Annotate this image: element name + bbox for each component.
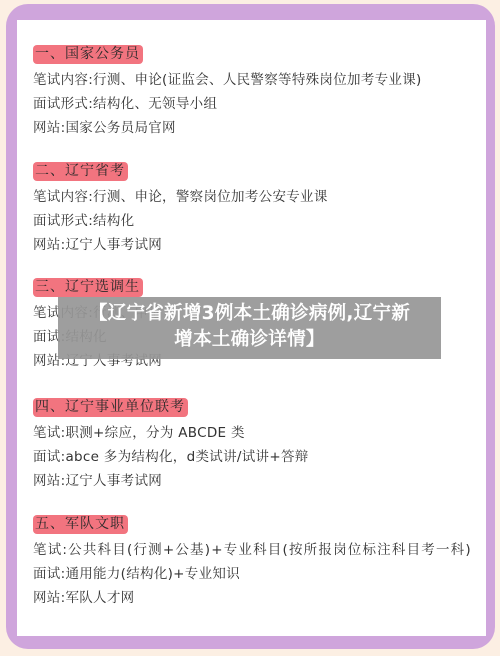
interview-line: 面试形式:结构化 — [33, 209, 478, 233]
section-national-civil-servant: 一、国家公务员 笔试内容:行测、申论(证监会、人民警察等特殊岗位加考专业课) 面… — [33, 43, 478, 140]
overlay-title-line-2: 增本土确诊详情】 — [58, 327, 441, 353]
overlay-title-line-1: 【辽宁省新增3例本土确诊病例,辽宁新 — [58, 301, 441, 327]
section-heading: 五、军队文职 — [33, 515, 128, 534]
website-line: 网站:国家公务员局官网 — [33, 116, 478, 140]
written-exam-line: 笔试:公共科目(行测+公基)+专业科目(按所报岗位标注科目考一科) — [33, 538, 478, 562]
written-exam-line: 笔试:职测+综应，分为 ABCDE 类 — [33, 421, 478, 445]
website-line: 网站:辽宁人事考试网 — [33, 233, 478, 257]
written-exam-line: 笔试内容:行测、申论，警察岗位加考公安专业课 — [33, 185, 478, 209]
website-line: 网站:军队人才网 — [33, 586, 478, 610]
section-liaoning-public-institution-exam: 四、辽宁事业单位联考 笔试:职测+综应，分为 ABCDE 类 面试:abce 多… — [33, 396, 478, 493]
news-title-overlay: 【辽宁省新增3例本土确诊病例,辽宁新 增本土确诊详情】 — [58, 297, 441, 359]
website-line: 网站:辽宁人事考试网 — [33, 469, 478, 493]
section-military-civilian-staff: 五、军队文职 笔试:公共科目(行测+公基)+专业科目(按所报岗位标注科目考一科)… — [33, 513, 478, 610]
section-heading: 二、辽宁省考 — [33, 162, 128, 181]
section-liaoning-provincial-exam: 二、辽宁省考 笔试内容:行测、申论，警察岗位加考公安专业课 面试形式:结构化 网… — [33, 160, 478, 257]
interview-line: 面试:通用能力(结构化)+专业知识 — [33, 562, 478, 586]
section-heading: 四、辽宁事业单位联考 — [33, 398, 188, 417]
section-heading: 三、辽宁选调生 — [33, 278, 143, 297]
written-exam-line: 笔试内容:行测、申论(证监会、人民警察等特殊岗位加考专业课) — [33, 68, 478, 92]
section-heading: 一、国家公务员 — [33, 45, 143, 64]
interview-line: 面试形式:结构化、无领导小组 — [33, 92, 478, 116]
interview-line: 面试:abce 多为结构化，d类试讲/试讲+答辩 — [33, 445, 478, 469]
